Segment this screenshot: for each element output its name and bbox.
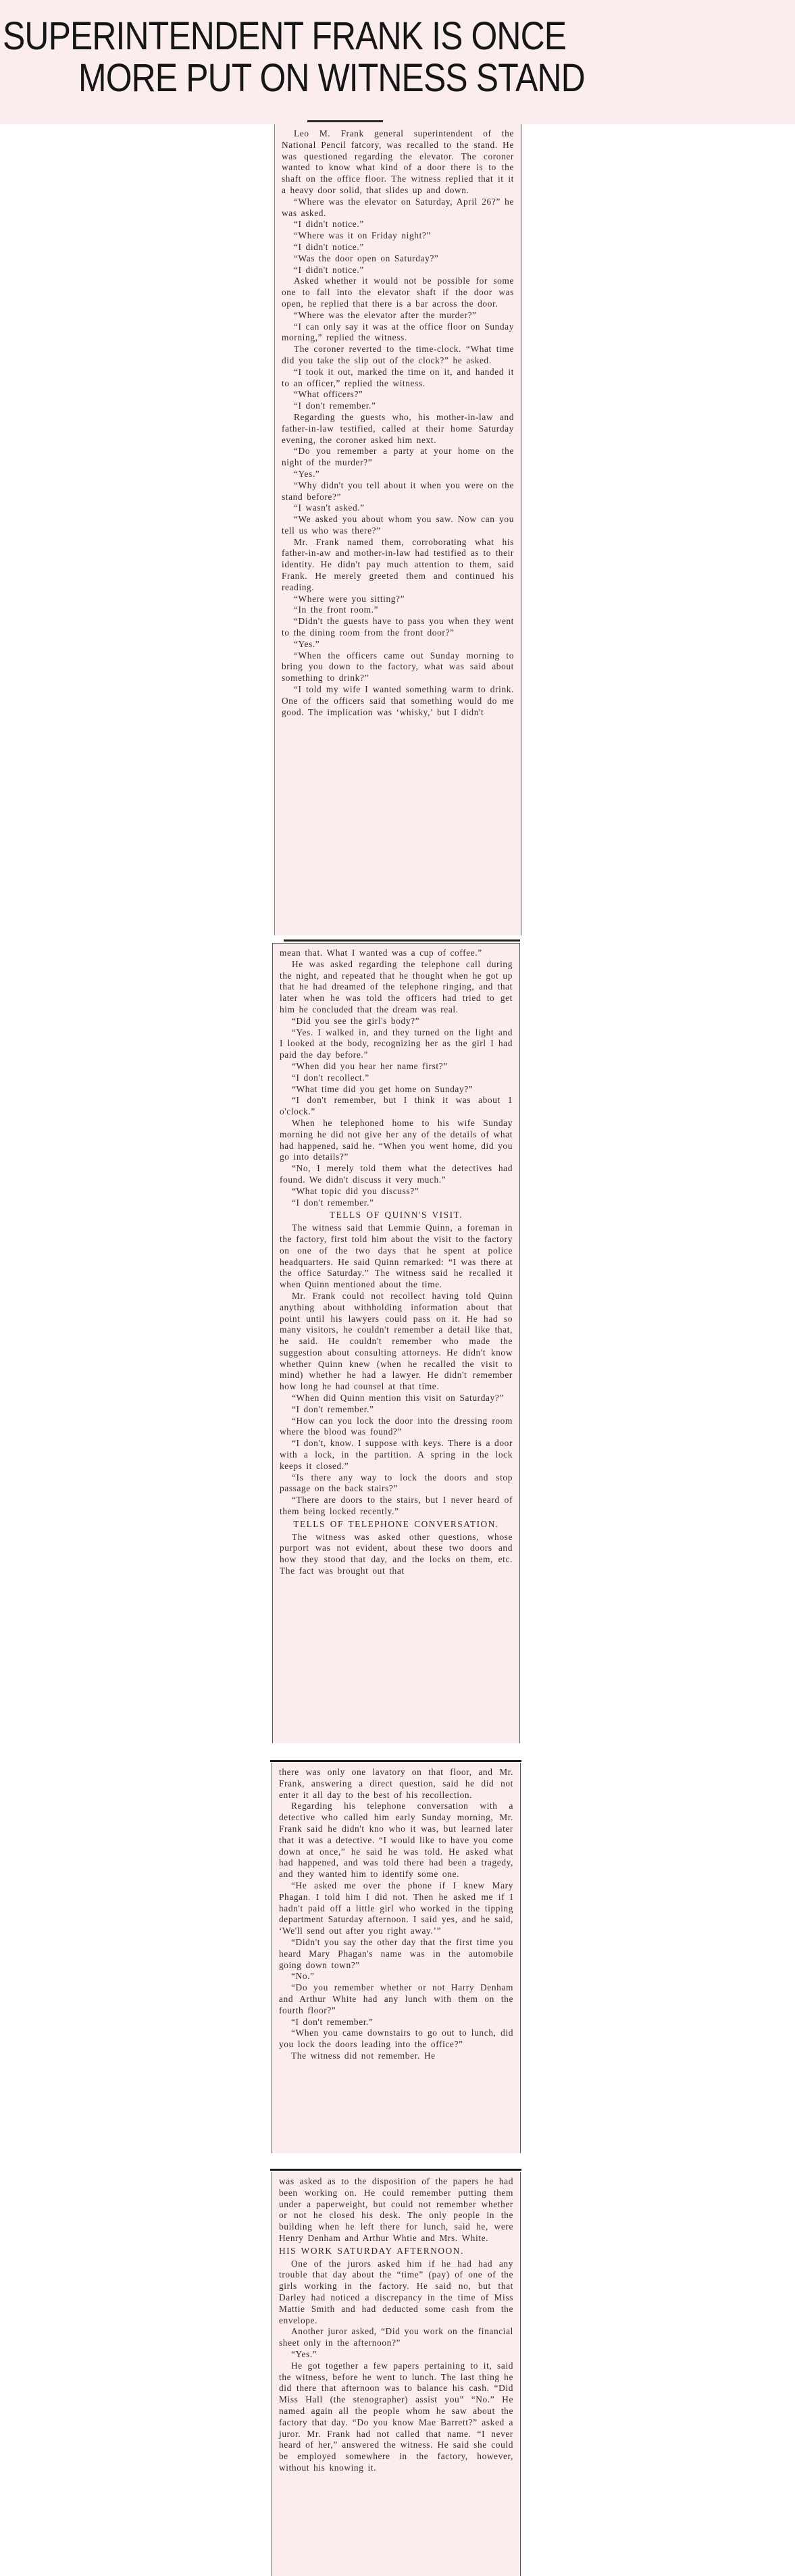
article-paragraph: “Where were you sitting?” <box>282 594 514 605</box>
article-paragraph: “Is there any way to lock the doors and … <box>280 1472 513 1495</box>
paragraph-continued: mean that. What I wanted was a cup of co… <box>280 948 513 959</box>
article-paragraph: “Where was it on Friday night?” <box>282 230 514 242</box>
article-paragraph: “Where was the elevator on Saturday, Apr… <box>282 197 514 220</box>
article-paragraph: “Do you remember a party at your home on… <box>282 446 514 469</box>
article-paragraph: “I don't remember.” <box>280 1197 513 1209</box>
headline-banner: SUPERINTENDENT FRANK IS ONCE MORE PUT ON… <box>0 0 795 124</box>
article-paragraph: “Why didn't you tell about it when you w… <box>282 480 514 503</box>
article-paragraph: “He asked me over the phone if I knew Ma… <box>279 1880 513 1937</box>
article-paragraph: The coroner reverted to the time-clock. … <box>282 344 514 367</box>
article-paragraph: “In the front room.” <box>282 604 514 616</box>
article-paragraph: “Yes.” <box>282 469 514 480</box>
subhead-telephone-conversation: TELLS OF TELEPHONE CONVERSATION. <box>280 1519 513 1530</box>
article-paragraph: “I didn't notice.” <box>282 219 514 230</box>
article-paragraph: Leo M. Frank general superintendent of t… <box>282 128 514 197</box>
article-paragraph: “When did you hear her name first?” <box>280 1061 513 1073</box>
article-paragraph: “I took it out, marked the time on it, a… <box>282 367 514 390</box>
article-paragraph: “Where was the elevator after the murder… <box>282 310 514 321</box>
article-paragraph: “I don't remember.” <box>282 401 514 412</box>
article-paragraph: “When you came downstairs to go out to l… <box>279 2028 513 2051</box>
article-column-segment-3: there was only one lavatory on that floo… <box>272 1763 521 2153</box>
article-paragraph: “How can you lock the door into the dres… <box>280 1416 513 1439</box>
article-column-segment-2: mean that. What I wanted was a cup of co… <box>272 943 520 1743</box>
article-paragraph: “I don't remember.” <box>280 1404 513 1416</box>
article-paragraph: “Didn't the guests have to pass you when… <box>282 616 514 639</box>
headline-line-1: SUPERINTENDENT FRANK IS ONCE <box>3 14 566 59</box>
article-paragraph: “Yes.” <box>279 2349 513 2361</box>
article-paragraph: “I don't, know. I suppose with keys. The… <box>280 1438 513 1472</box>
article-paragraph: “Do you remember whether or not Harry De… <box>279 1982 513 2016</box>
headline-rule <box>307 120 383 122</box>
article-paragraph: “We asked you about whom you saw. Now ca… <box>282 514 514 537</box>
article-paragraph: “There are doors to the stairs, but I ne… <box>280 1495 513 1518</box>
article-paragraph: “No.” <box>279 1971 513 1982</box>
article-paragraph: “I don't remember.” <box>279 2017 513 2028</box>
article-paragraph: “I can only say it was at the office flo… <box>282 321 514 344</box>
article-paragraph: The witness said that Lemmie Quinn, a fo… <box>280 1222 513 1291</box>
article-paragraph: “I don't remember, but I think it was ab… <box>280 1095 513 1118</box>
subhead-quinns-visit: TELLS OF QUINN'S VISIT. <box>280 1210 513 1221</box>
headline-line-2: MORE PUT ON WITNESS STAND <box>78 55 585 101</box>
article-paragraph: “I didn't notice.” <box>282 265 514 276</box>
article-column-segment-4: was asked as to the disposition of the p… <box>272 2172 521 2576</box>
article-paragraph: Regarding his telephone conversation wit… <box>279 1801 513 1880</box>
article-paragraph: “Did you see the girl's body?” <box>280 1016 513 1027</box>
article-paragraph: “When did Quinn mention this visit on Sa… <box>280 1393 513 1404</box>
column-divider <box>270 1760 521 1762</box>
article-paragraph: “Yes. I walked in, and they turned on th… <box>280 1027 513 1061</box>
article-paragraph: “Was the door open on Saturday?” <box>282 253 514 265</box>
article-paragraph: “What topic did you discuss?” <box>280 1186 513 1197</box>
article-paragraph: “I don't recollect.” <box>280 1073 513 1084</box>
article-paragraph: He got together a few papers pertaining … <box>279 2361 513 2474</box>
article-paragraph: When he telephoned home to his wife Sund… <box>280 1118 513 1163</box>
article-paragraph: Regarding the guests who, his mother-in-… <box>282 412 514 446</box>
article-paragraph: Mr. Frank could not recollect having tol… <box>280 1291 513 1393</box>
article-column-segment-1: Leo M. Frank general superintendent of t… <box>274 124 521 935</box>
article-paragraph: The witness did not remember. He <box>279 2051 513 2062</box>
article-paragraph: The witness was asked other questions, w… <box>280 1532 513 1577</box>
article-paragraph: “What time did you get home on Sunday?” <box>280 1084 513 1096</box>
article-paragraph: Another juror asked, “Did you work on th… <box>279 2326 513 2349</box>
article-paragraph: “Yes.” <box>282 639 514 650</box>
article-paragraph: One of the jurors asked him if he had ha… <box>279 2259 513 2327</box>
article-paragraph: “I didn't notice.” <box>282 242 514 253</box>
column-divider <box>270 2169 521 2171</box>
article-paragraph: “I told my wife I wanted something warm … <box>282 684 514 718</box>
article-paragraph: Asked whether it would not be possible f… <box>282 276 514 309</box>
paragraph-continued: was asked as to the disposition of the p… <box>279 2176 513 2244</box>
article-paragraph: “I wasn't asked.” <box>282 503 514 514</box>
column-divider <box>284 939 520 942</box>
article-paragraph: “Didn't you say the other day that the f… <box>279 1937 513 1971</box>
subhead-saturday-afternoon: HIS WORK SATURDAY AFTERNOON. <box>279 2246 513 2257</box>
article-paragraph: Mr. Frank named them, corroborating what… <box>282 537 514 594</box>
article-paragraph: “What officers?” <box>282 389 514 401</box>
article-paragraph: He was asked regarding the telephone cal… <box>280 959 513 1016</box>
article-paragraph: “When the officers came out Sunday morni… <box>282 650 514 684</box>
article-paragraph: “No, I merely told them what the detecti… <box>280 1163 513 1186</box>
paragraph-continued: there was only one lavatory on that floo… <box>279 1767 513 1801</box>
